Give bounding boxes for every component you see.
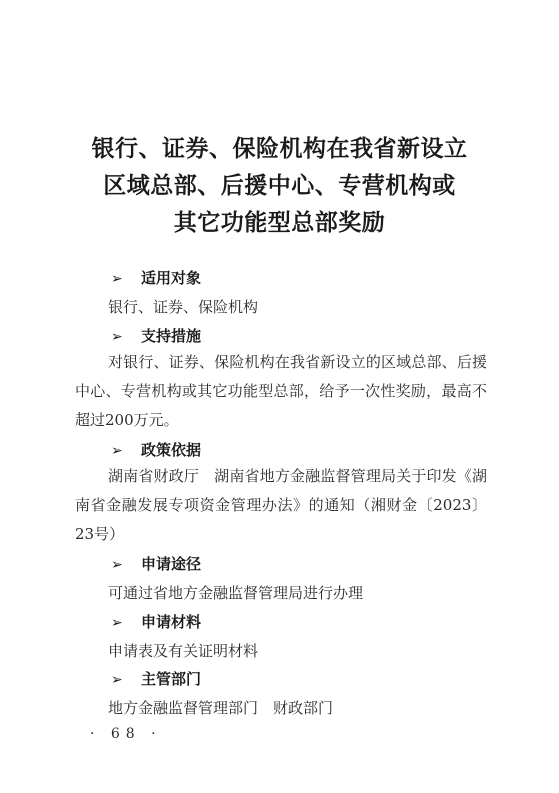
heading-label: 申请材料 [141,613,201,631]
section-heading-support: ➢支持措施 [111,325,201,346]
paragraph: 对银行、证券、保险机构在我省新设立的区域总部、后援中心、专营机构或其它功能型总部… [75,348,487,435]
section-content-policy: 湖南省财政厅 湖南省地方金融监督管理局关于印发《湖南省金融发展专项资金管理办法》… [75,462,487,549]
paragraph: 湖南省财政厅 湖南省地方金融监督管理局关于印发《湖南省金融发展专项资金管理办法》… [75,462,487,549]
section-content-support: 对银行、证券、保险机构在我省新设立的区域总部、后援中心、专营机构或其它功能型总部… [75,348,487,435]
arrow-bullet-icon: ➢ [111,329,141,345]
title-line-2: 区域总部、后援中心、专营机构或 [0,167,559,200]
section-content-channel: 可通过省地方金融监督管理局进行办理 [108,582,363,603]
section-content-applicable: 银行、证券、保险机构 [108,296,258,317]
section-heading-department: ➢主管部门 [111,668,201,689]
page-number: · 68 · [90,726,162,742]
section-heading-materials: ➢申请材料 [111,611,201,632]
arrow-bullet-icon: ➢ [111,271,141,287]
heading-label: 政策依据 [141,441,201,459]
section-heading-channel: ➢申请途径 [111,553,201,574]
title-line-1: 银行、证券、保险机构在我省新设立 [0,130,559,163]
heading-label: 适用对象 [141,269,201,287]
title-line-3: 其它功能型总部奖励 [0,204,559,237]
section-content-department: 地方金融监督管理部门 财政部门 [108,697,333,718]
section-heading-policy: ➢政策依据 [111,439,201,460]
arrow-bullet-icon: ➢ [111,672,141,688]
arrow-bullet-icon: ➢ [111,615,141,631]
heading-label: 申请途径 [141,555,201,573]
section-heading-applicable: ➢适用对象 [111,267,201,288]
heading-label: 主管部门 [141,670,201,688]
arrow-bullet-icon: ➢ [111,443,141,459]
arrow-bullet-icon: ➢ [111,557,141,573]
section-content-materials: 申请表及有关证明材料 [108,640,258,661]
heading-label: 支持措施 [141,327,201,345]
